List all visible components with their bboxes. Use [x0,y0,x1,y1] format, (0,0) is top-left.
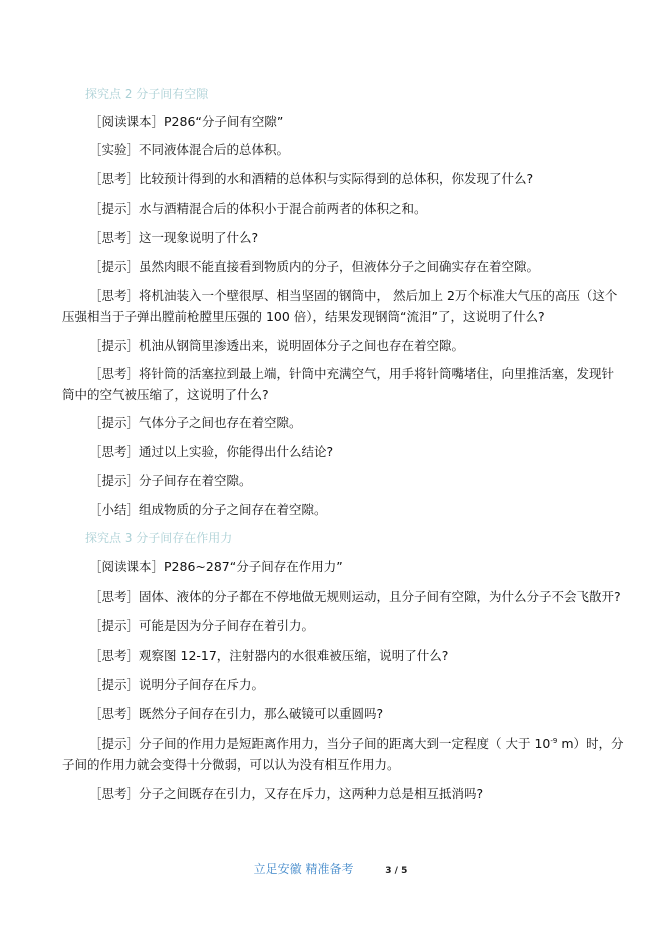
tag-label: ［提示］ [89,338,139,353]
paragraph: ［提示］水与酒精混合后的体积小于混合前两者的体积之和。 [89,201,427,217]
tag-label: ［思考］ [89,366,139,381]
tag-label: ［思考］ [89,171,139,186]
paragraph: ［提示］机油从钢筒里渗透出来，说明固体分子之间也存在着空隙。 [89,338,464,354]
paragraph-text: 气体分子之间也存在着空隙。 [139,415,302,430]
tag-label: ［思考］ [89,444,139,459]
page-footer: 立足安徽 精准备考 3 / 5 [0,860,661,877]
tag-label: ［提示］ [89,415,139,430]
tag-label: ［提示］ [89,677,139,692]
paragraph: ［提示］分子间存在着空隙。 [89,473,252,489]
tag-label: ［提示］ [89,259,139,274]
paragraph: ［阅读课本］P286~287“分子间存在作用力” [89,559,343,575]
footer-brand: 立足安徽 精准备考 [254,862,354,876]
paragraph-text: 比较预计得到的水和酒精的总体积与实际得到的总体积，你发现了什么? [139,171,533,186]
paragraph-continuation: 压强相当于子弹出膛前枪膛里压强的 100 倍），结果发现钢筒“流泪”了，这说明了… [62,309,545,325]
section-heading-3: 探究点 3 分子间存在作用力 [85,530,232,546]
paragraph-text: 虽然肉眼不能直接看到物质内的分子，但液体分子之间确实存在着空隙。 [139,259,539,274]
tag-label: ［提示］ [89,618,139,633]
paragraph: ［思考］分子之间既存在引力，又存在斥力，这两种力总是相互抵消吗? [89,786,483,802]
tag-label: ［实验］ [89,142,139,157]
paragraph: ［思考］将机油装入一个壁很厚、相当坚固的钢筒中， 然后加上 2万个标准大气压的高… [89,288,617,304]
paragraph-text: 不同液体混合后的总体积。 [139,142,289,157]
tag-label: ［思考］ [89,648,139,663]
paragraph-text: 可能是因为分子间存在着引力。 [139,618,314,633]
tag-label: ［提示］ [89,736,139,751]
paragraph: ［思考］既然分子间存在引力，那么破镜可以重圆吗? [89,706,383,722]
paragraph: ［提示］分子间的作用力是短距离作用力，当分子间的距离大到一定程度（ 大于 10-… [89,736,624,752]
paragraph-text: 既然分子间存在引力，那么破镜可以重圆吗? [139,706,383,721]
tag-label: ［思考］ [89,589,139,604]
paragraph-text: 通过以上实验，你能得出什么结论? [139,444,333,459]
paragraph-text: P286~287“分子间存在作用力” [164,559,343,574]
paragraph-text: 水与酒精混合后的体积小于混合前两者的体积之和。 [139,201,427,216]
paragraph: ［提示］可能是因为分子间存在着引力。 [89,618,314,634]
tag-label: ［思考］ [89,230,139,245]
paragraph: ［小结］组成物质的分子之间存在着空隙。 [89,502,327,518]
paragraph-text: 观察图 12-17，注射器内的水很难被压缩，说明了什么? [139,648,448,663]
tag-label: ［思考］ [89,786,139,801]
tag-label: ［提示］ [89,201,139,216]
paragraph: ［思考］比较预计得到的水和酒精的总体积与实际得到的总体积，你发现了什么? [89,171,533,187]
paragraph: ［思考］将针筒的活塞拉到最上端，针筒中充满空气，用手将针筒嘴堵住，向里推活塞，发… [89,366,614,382]
paragraph-text: 将针筒的活塞拉到最上端，针筒中充满空气，用手将针筒嘴堵住，向里推活塞，发现针 [139,366,614,381]
section-heading-2: 探究点 2 分子间有空隙 [85,86,208,102]
paragraph-text: P286“分子间有空隙” [164,114,283,129]
paragraph-continuation: 筒中的空气被压缩了，这说明了什么? [62,387,269,403]
paragraph-text: 组成物质的分子之间存在着空隙。 [139,502,327,517]
paragraph: ［提示］虽然肉眼不能直接看到物质内的分子，但液体分子之间确实存在着空隙。 [89,259,539,275]
paragraph-text: 固体、液体的分子都在不停地做无规则运动，且分子间有空隙，为什么分子不会飞散开? [139,589,621,604]
paragraph-text: 将机油装入一个壁很厚、相当坚固的钢筒中， 然后加上 2万个标准大气压的高压（这个 [139,288,617,303]
tag-label: ［阅读课本］ [89,114,164,129]
paragraph: ［思考］这一现象说明了什么? [89,230,258,246]
tag-label: ［小结］ [89,502,139,517]
paragraph: ［提示］气体分子之间也存在着空隙。 [89,415,302,431]
page-number: 3 / 5 [385,866,407,876]
paragraph-text: 分子间存在着空隙。 [139,473,252,488]
paragraph: ［阅读课本］P286“分子间有空隙” [89,114,283,130]
tag-label: ［阅读课本］ [89,559,164,574]
paragraph-text: 分子间的作用力是短距离作用力，当分子间的距离大到一定程度（ 大于 10 [139,736,550,751]
paragraph: ［思考］通过以上实验，你能得出什么结论? [89,444,333,460]
paragraph: ［思考］观察图 12-17，注射器内的水很难被压缩，说明了什么? [89,648,448,664]
paragraph-text: m）时，分 [557,736,623,751]
document-page: 探究点 2 分子间有空隙 ［阅读课本］P286“分子间有空隙” ［实验］不同液体… [0,0,661,935]
paragraph-text: 这一现象说明了什么? [139,230,258,245]
paragraph-continuation: 子间的作用力就会变得十分微弱，可以认为没有相互作用力。 [62,757,400,773]
paragraph: ［思考］固体、液体的分子都在不停地做无规则运动，且分子间有空隙，为什么分子不会飞… [89,589,621,605]
tag-label: ［思考］ [89,706,139,721]
tag-label: ［提示］ [89,473,139,488]
paragraph: ［实验］不同液体混合后的总体积。 [89,142,289,158]
paragraph: ［提示］说明分子间存在斥力。 [89,677,264,693]
paragraph-text: 分子之间既存在引力，又存在斥力，这两种力总是相互抵消吗? [139,786,483,801]
paragraph-text: 机油从钢筒里渗透出来，说明固体分子之间也存在着空隙。 [139,338,464,353]
tag-label: ［思考］ [89,288,139,303]
paragraph-text: 说明分子间存在斥力。 [139,677,264,692]
